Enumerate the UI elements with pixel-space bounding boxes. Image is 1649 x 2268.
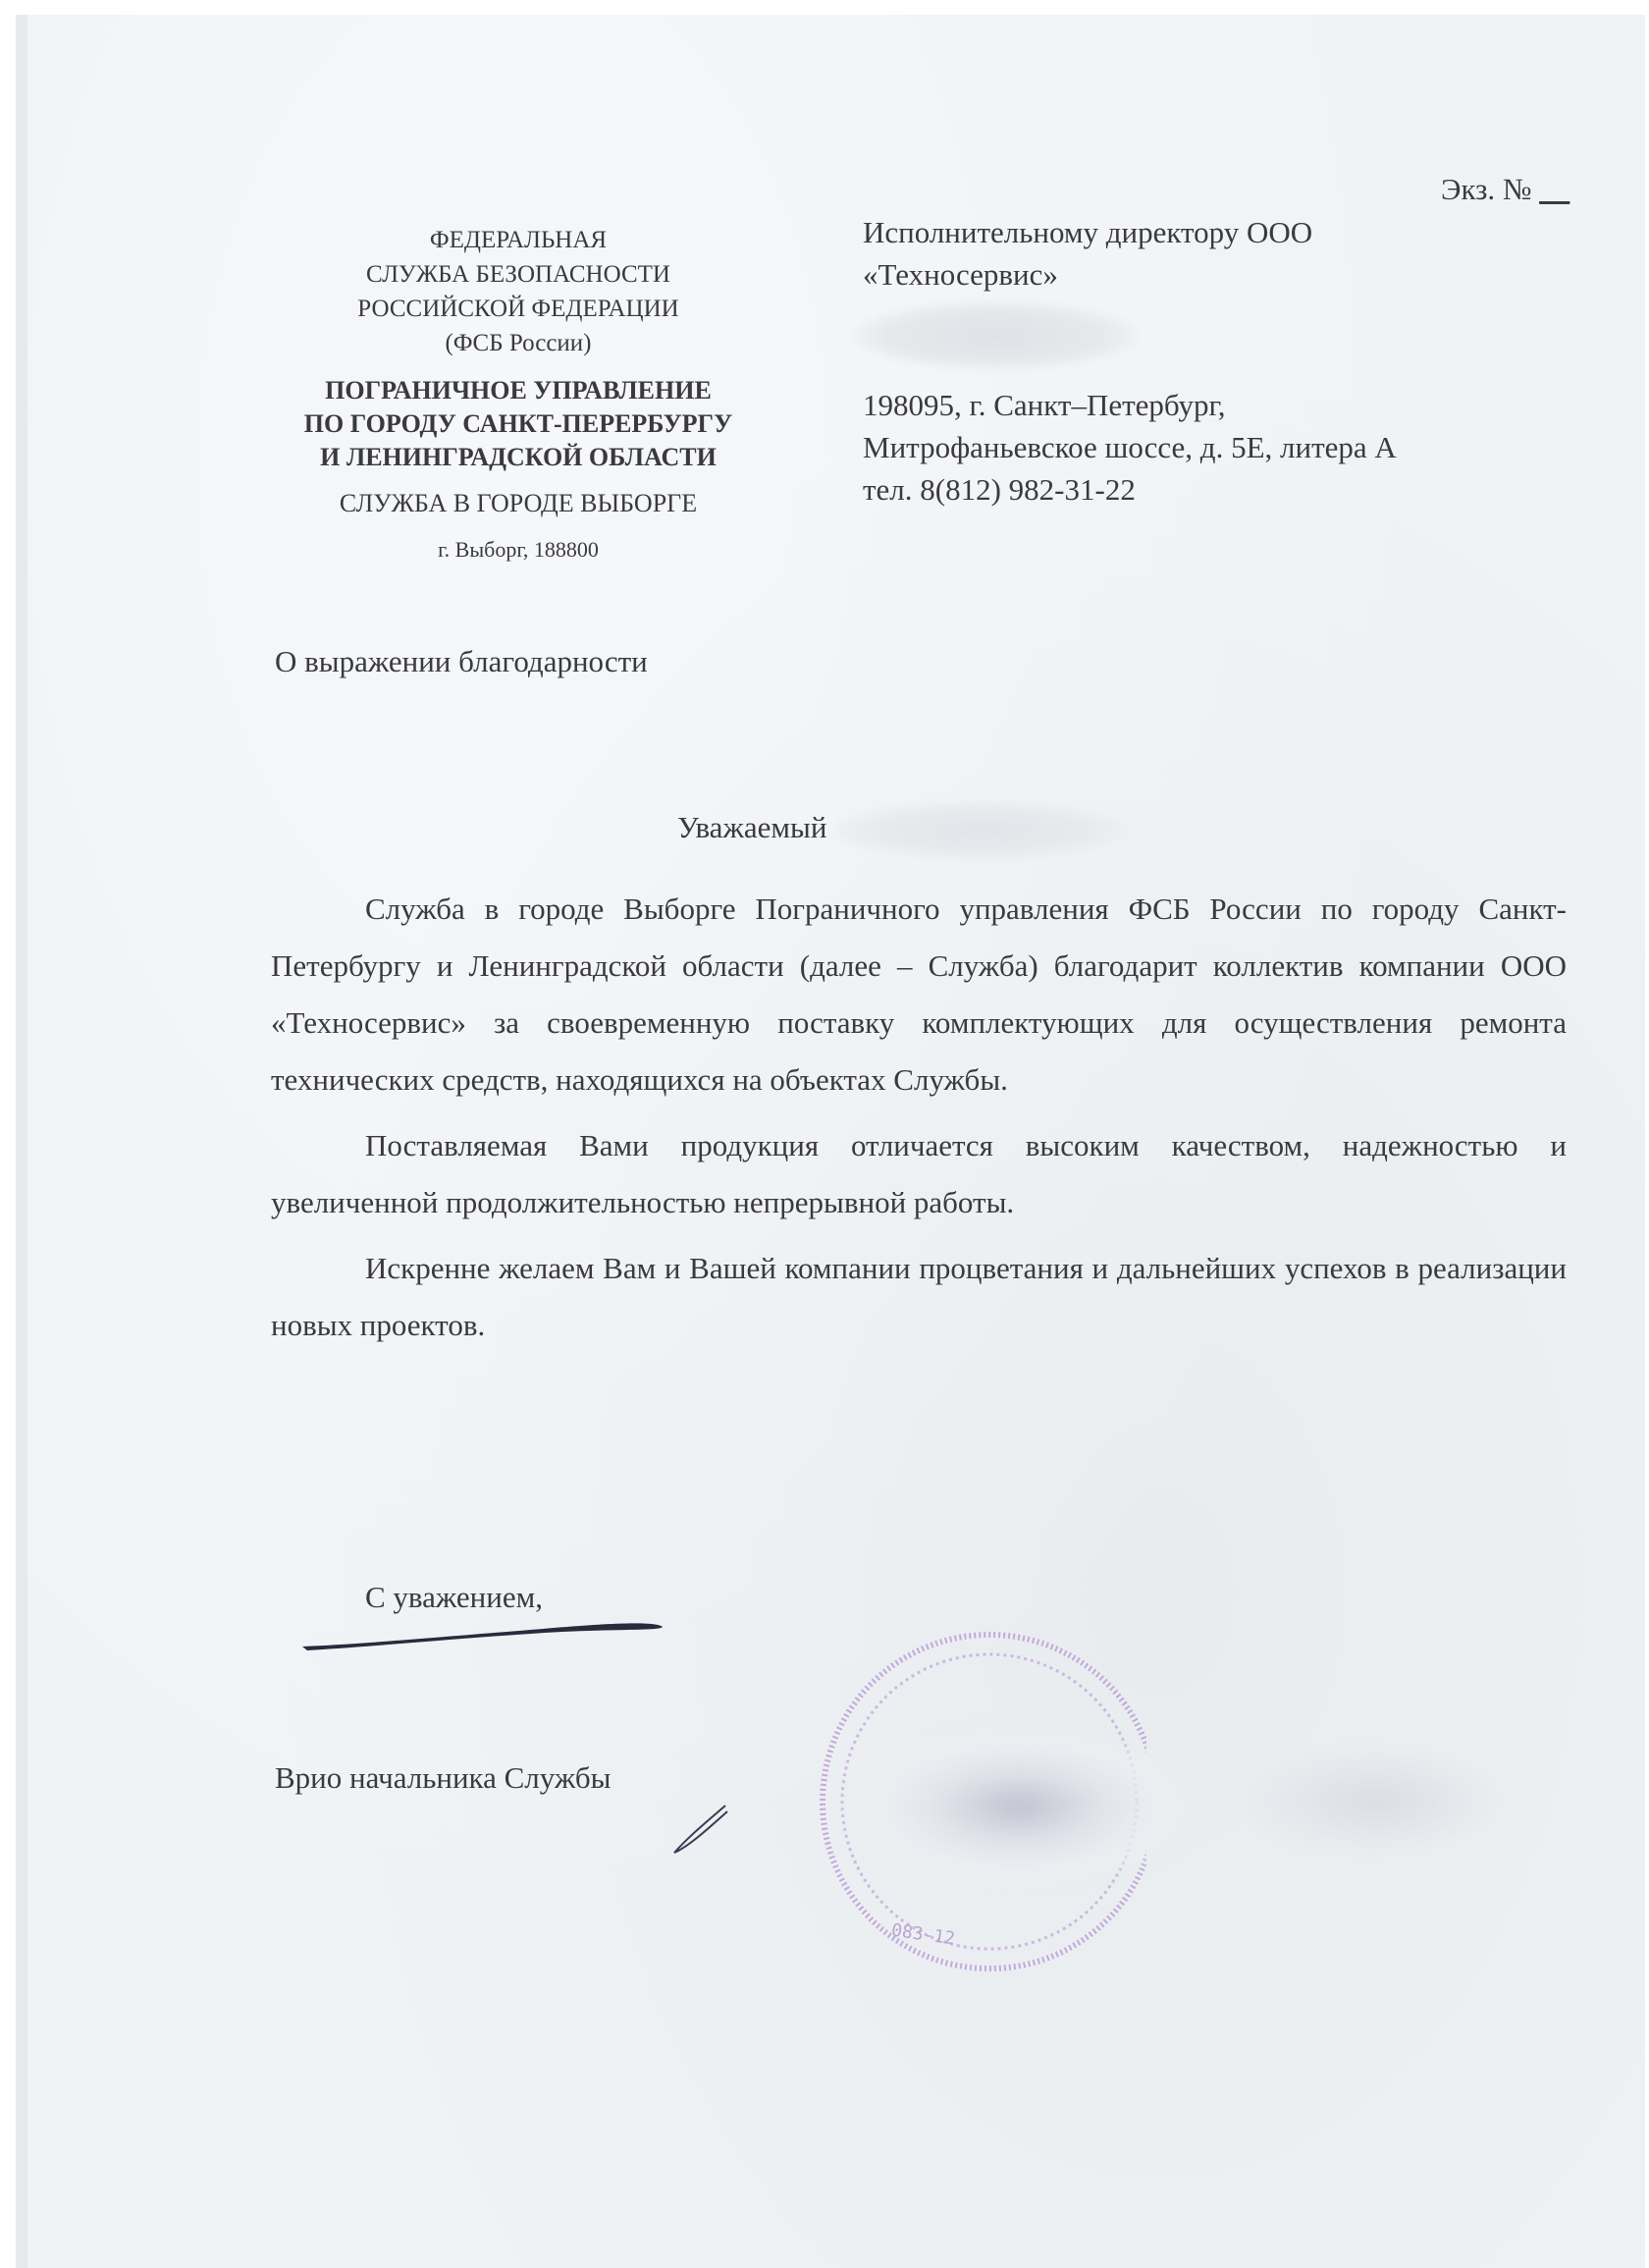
addressee-address-line-1: 198095, г. Санкт–Петербург, [863, 384, 1397, 426]
closing-phrase: С уважением, [365, 1580, 543, 1615]
department-line-3: И ЛЕНИНГРАДСКОЙ ОБЛАСТИ [253, 441, 783, 474]
addressee-block: Исполнительному директору ООО «Техносерв… [863, 211, 1397, 511]
letter-subject: О выражении благодарности [275, 644, 648, 679]
handwritten-underline-icon [297, 1615, 670, 1654]
department-line-2: ПО ГОРОДУ САНКТ-ПЕРЕРБУРГУ [253, 407, 783, 441]
document-page: Экз. № __ ФЕДЕРАЛЬНАЯ СЛУЖБА БЕЗОПАСНОСТ… [16, 15, 1645, 2268]
copy-number-value: __ [1539, 172, 1569, 206]
body-paragraph: Искренне желаем Вам и Вашей компании про… [271, 1240, 1567, 1354]
sender-department: ПОГРАНИЧНОЕ УПРАВЛЕНИЕ ПО ГОРОДУ САНКТ-П… [253, 374, 783, 474]
salutation-greeting: Уважаемый [677, 810, 826, 844]
signatory-position: Врио начальника Службы [275, 1760, 611, 1796]
sender-line-3: РОССИЙСКОЙ ФЕДЕРАЦИИ [253, 292, 783, 326]
addressee-position-line-2: «Техносервис» [863, 253, 1397, 296]
sender-line-1: ФЕДЕРАЛЬНАЯ [253, 223, 783, 257]
department-line-1: ПОГРАНИЧНОЕ УПРАВЛЕНИЕ [253, 374, 783, 407]
addressee-position-line-1: Исполнительному директору ООО [863, 211, 1397, 253]
letter-body: Служба в городе Выборге Пограничного упр… [271, 881, 1567, 1363]
addressee-name-redacted [853, 301, 1138, 370]
sender-line-2: СЛУЖБА БЕЗОПАСНОСТИ [253, 257, 783, 292]
body-paragraph: Поставляемая Вами продукция отличается в… [271, 1117, 1567, 1231]
body-paragraph: Служба в городе Выборге Пограничного упр… [271, 881, 1567, 1108]
sender-letterhead: ФЕДЕРАЛЬНАЯ СЛУЖБА БЕЗОПАСНОСТИ РОССИЙСК… [253, 223, 783, 567]
addressee-phone: тел. 8(812) 982-31-22 [863, 468, 1397, 511]
copy-number-label: Экз. № [1441, 172, 1531, 206]
salutation: Уважаемый [677, 801, 1129, 860]
copy-number: Экз. № __ [1441, 172, 1569, 207]
addressee-address-line-2: Митрофаньевское шоссе, д. 5Е, литера А [863, 426, 1397, 468]
signature-redacted [813, 1664, 1500, 1949]
salutation-name-redacted [834, 801, 1129, 860]
sender-line-4: (ФСБ России) [253, 326, 783, 360]
sender-city: г. Выборг, 188800 [253, 532, 783, 567]
signature-stroke-icon [670, 1802, 729, 1861]
sender-unit: СЛУЖБА В ГОРОДЕ ВЫБОРГЕ [253, 486, 783, 520]
